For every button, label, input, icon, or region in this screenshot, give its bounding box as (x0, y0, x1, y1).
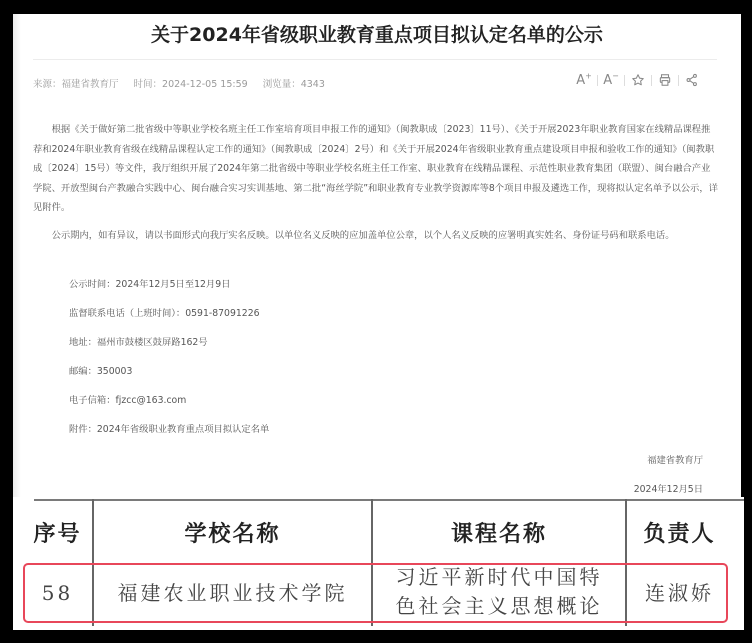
row-school: 福建农业职业技术学院 (94, 563, 371, 623)
star-icon (631, 73, 645, 87)
article-page: 关于2024年省级职业教育重点项目拟认定名单的公示 来源：福建省教育厅 时间：2… (13, 14, 741, 500)
font-increase-button[interactable]: A+ (571, 72, 597, 88)
row-course-line1: 习近平新时代中国特 (396, 563, 603, 592)
paragraph-objection: 公示期内，如有异议，请以书面形式向我厅实名反映。以单位名义反映的应加盖单位公章，… (33, 226, 719, 246)
paragraph-basis: 根据《关于做好第二批省级中等职业学校名班主任工作室培育项目申报工作的通知》（闽教… (33, 120, 719, 218)
signature-date: 2024年12月5日 (634, 481, 703, 495)
nominee-table: 序号 学校名称 课程名称 负责人 58 福建农业职业技术学院 习近平新时代中国特… (13, 497, 744, 630)
article-body: 根据《关于做好第二批省级中等职业学校名班主任工作室培育项目申报工作的通知》（闽教… (33, 120, 719, 245)
header-course: 课程名称 (373, 503, 625, 561)
meta-time: 时间：2024-12-05 15:59 (134, 79, 248, 90)
supervision-phone: 监督联系电话（上班时间）：0591-87091226 (69, 305, 260, 319)
postcode: 邮编：350003 (69, 363, 132, 377)
header-lead: 负责人 (627, 503, 732, 561)
address: 地址：福州市鼓楼区鼓屏路162号 (69, 334, 208, 348)
attachment-link[interactable]: 附件：2024年省级职业教育重点项目拟认定名单 (69, 421, 269, 435)
article-toolbar: A+ A− (571, 72, 705, 88)
row-course: 习近平新时代中国特 色社会主义思想概论 (373, 561, 625, 623)
header-no: 序号 (23, 503, 92, 561)
header-school: 学校名称 (94, 503, 371, 561)
font-decrease-button[interactable]: A− (598, 72, 624, 88)
meta-source: 来源：福建省教育厅 (33, 79, 119, 90)
table-top-border (34, 499, 744, 501)
article-title: 关于2024年省级职业教育重点项目拟认定名单的公示 (13, 20, 741, 47)
font-increase-icon: A+ (576, 73, 592, 88)
font-decrease-icon: A− (603, 73, 619, 88)
publicity-period: 公示时间：2024年12月5日至12月9日 (69, 276, 230, 290)
row-lead: 连淑娇 (627, 563, 732, 623)
print-button[interactable] (652, 73, 678, 88)
share-icon (685, 73, 699, 87)
signature-org: 福建省教育厅 (647, 452, 703, 466)
page-shadow (13, 14, 21, 500)
print-icon (658, 73, 672, 87)
article-meta: 来源：福建省教育厅 时间：2024-12-05 15:59 浏览量：4343 (33, 76, 337, 90)
row-no: 58 (23, 563, 92, 623)
share-button[interactable] (679, 73, 705, 88)
title-divider (33, 59, 717, 60)
meta-views: 浏览量：4343 (263, 79, 325, 90)
email: 电子信箱：fjzcc@163.com (69, 392, 186, 406)
row-course-line2: 色社会主义思想概论 (396, 592, 603, 621)
favorite-button[interactable] (625, 73, 651, 88)
